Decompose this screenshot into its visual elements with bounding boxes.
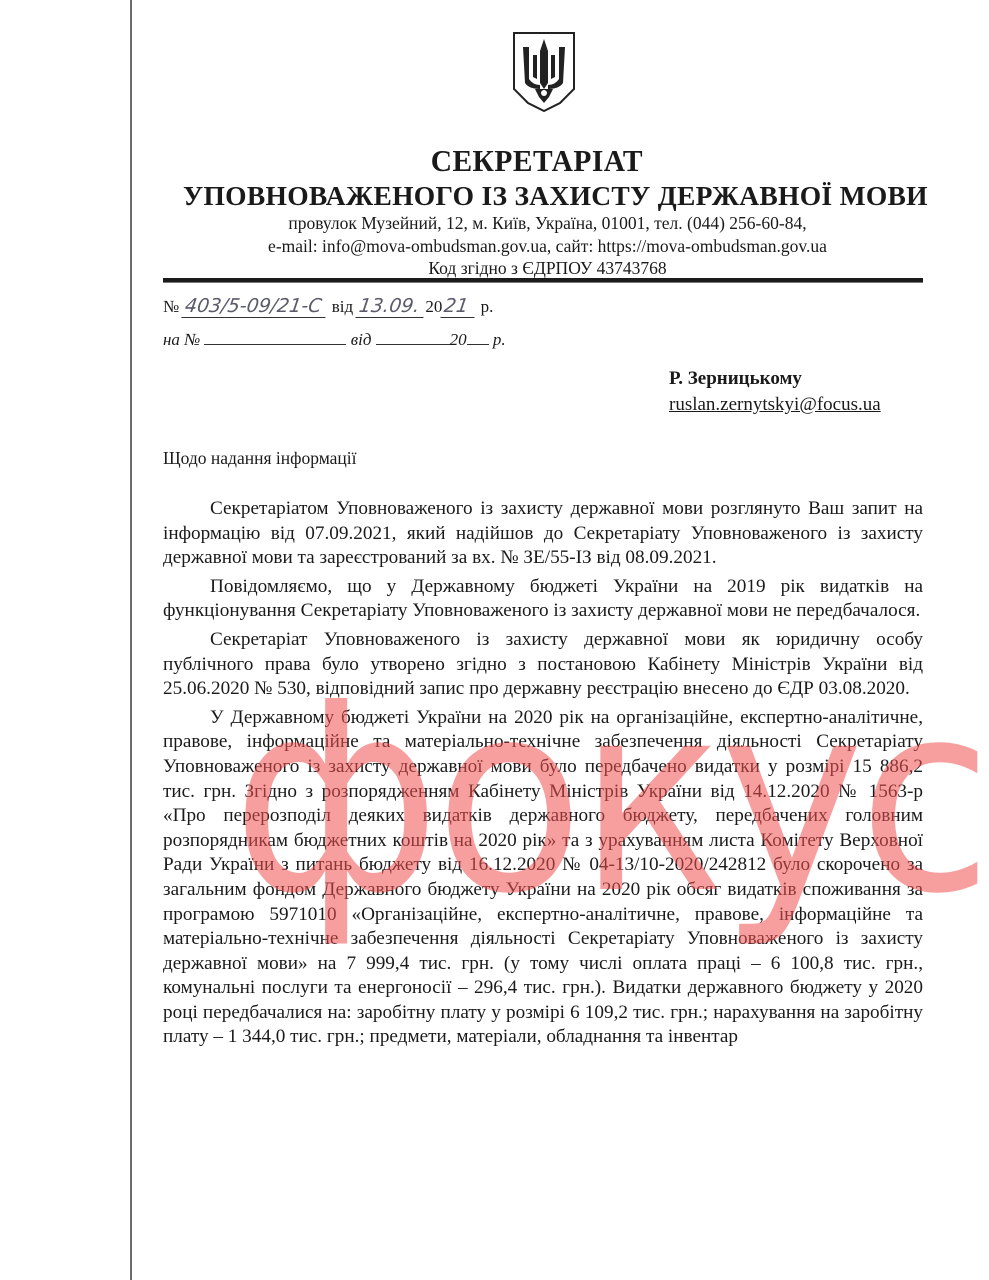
ref-year-prefix: 20: [450, 330, 467, 349]
recipient-name: Р. Зерницькому: [669, 366, 881, 392]
recipient-block: Р. Зерницькому ruslan.zernytskyi@focus.u…: [669, 366, 881, 418]
letter-subject: Щодо надання інформації: [163, 448, 357, 469]
paragraph: Секретаріатом Уповноваженого із захисту …: [163, 497, 923, 571]
outgoing-registration: № 403/5-09/21-С від 13.09.2021 р.: [163, 295, 493, 318]
ref-year-blank: [467, 328, 489, 345]
outgoing-number: 403/5-09/21-С: [182, 295, 329, 318]
letterhead-subtitle: УПОВНОВАЖЕНОГО ІЗ ЗАХИСТУ ДЕРЖАВНОЇ МОВИ: [183, 180, 908, 212]
year-prefix: 20: [425, 297, 442, 316]
letterhead-address: провулок Музейний, 12, м. Київ, Україна,…: [180, 212, 915, 234]
paragraph: Повідомляємо, що у Державному бюджеті Ук…: [163, 575, 923, 624]
letter-body: Секретаріатом Уповноваженого із захисту …: [163, 497, 923, 1054]
outgoing-date: 13.09.: [356, 295, 427, 318]
page-margin-line: [130, 0, 132, 1280]
year-suffix: р.: [481, 297, 494, 316]
paragraph: Секретаріат Уповноваженого із захисту де…: [163, 628, 923, 702]
recipient-email[interactable]: ruslan.zernytskyi@focus.ua: [669, 392, 881, 418]
letterhead-edrpou: Код згідно з ЄДРПОУ 43743768: [180, 257, 915, 279]
letterhead-contacts: e-mail: info@mova-ombudsman.gov.ua, сайт…: [180, 235, 915, 257]
number-label: №: [163, 297, 179, 316]
date-label: від: [332, 297, 353, 316]
ref-label: на №: [163, 330, 200, 349]
trident-coat-of-arms-icon: [511, 31, 577, 113]
outgoing-year: 21: [441, 295, 478, 318]
ref-number-blank: [204, 328, 346, 345]
ref-date-label: від: [351, 330, 372, 349]
incoming-reference: на № від 20 р.: [163, 328, 506, 351]
letterhead-rule: [163, 278, 923, 283]
letterhead-title: СЕКРЕТАРІАТ: [27, 143, 989, 179]
paragraph: У Державному бюджеті України на 2020 рік…: [163, 706, 923, 1050]
ref-year-suffix: р.: [493, 330, 506, 349]
ref-date-blank: [376, 328, 450, 345]
